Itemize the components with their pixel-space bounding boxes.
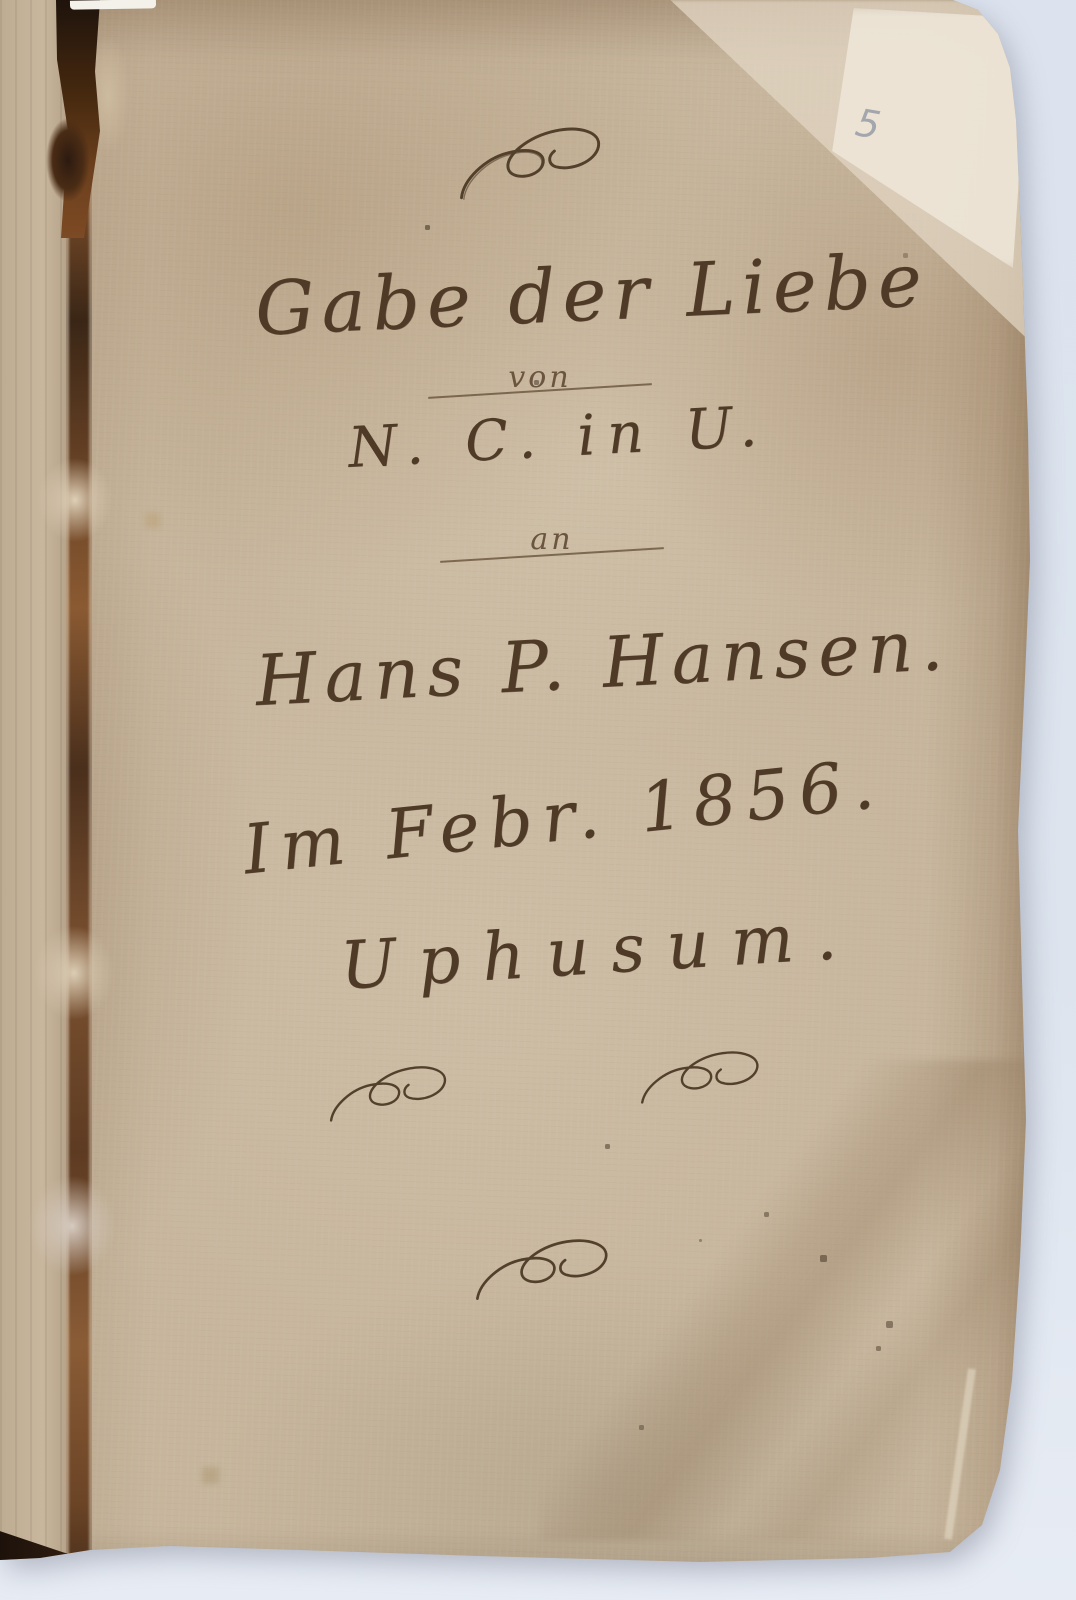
leather-spine-knob xyxy=(46,118,90,202)
stain-streaks xyxy=(540,1060,1040,1540)
inscription-line-giver: N. C. in U. xyxy=(347,394,771,481)
flourish-top-icon xyxy=(441,106,620,221)
inscription-word-von: von xyxy=(508,360,571,395)
inscription-line-place: Uphusum. xyxy=(338,896,861,1005)
inscription-line-title: Gabe der Liebe xyxy=(253,237,930,352)
inscription-line-recipient: Hans P. Hansen. xyxy=(253,604,952,722)
flourish-bottom-left-icon xyxy=(310,1049,469,1138)
binding-gutter xyxy=(0,0,70,1600)
binding-crack xyxy=(66,0,92,1600)
page-shadow: Gabe der Liebe von N. C. in U. an Hans P… xyxy=(0,0,1076,1600)
book-page: Gabe der Liebe von N. C. in U. an Hans P… xyxy=(0,0,1040,1600)
binding-tear xyxy=(34,926,114,1020)
inscription-line-date: Im Febr. 1856. xyxy=(240,745,888,891)
paper-sliver xyxy=(70,0,156,10)
binding-tear xyxy=(28,1176,116,1276)
inscription-an-group: an xyxy=(432,522,672,557)
binding-tear xyxy=(38,458,112,542)
inscription-word-an: an xyxy=(530,522,573,557)
inscription-von-group: von xyxy=(420,360,660,395)
photo: Gabe der Liebe von N. C. in U. an Hans P… xyxy=(0,0,1076,1600)
